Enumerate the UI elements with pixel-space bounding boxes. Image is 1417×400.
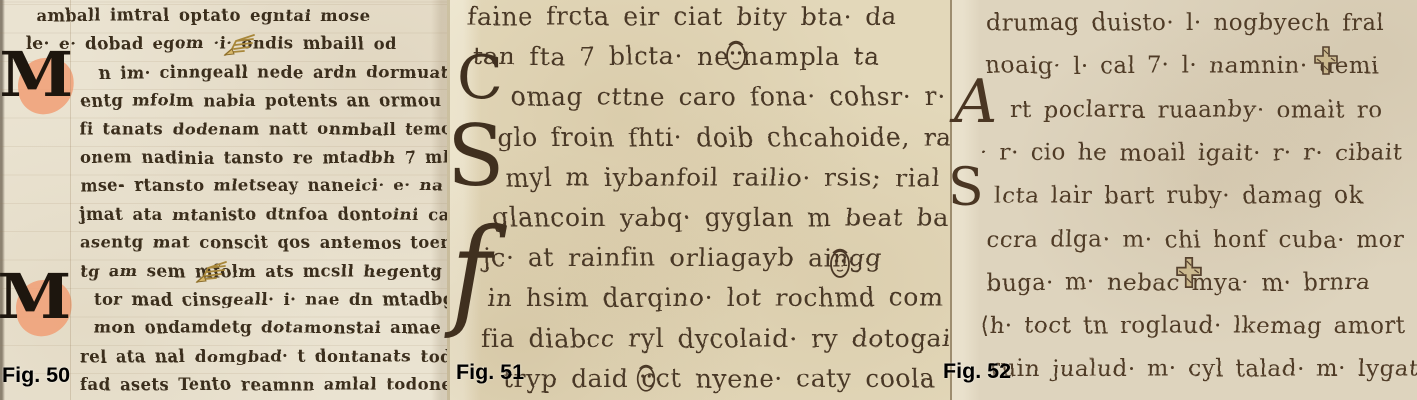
manuscript-line: in hsim darqino· lot rochmd com xyxy=(487,283,944,312)
face-doodle-icon xyxy=(723,36,749,72)
initial-letter: S xyxy=(447,114,505,198)
face-doodle-icon xyxy=(634,360,658,394)
manuscript-line: tor mad cinsgeall· i· nae dn mtadbg dotg xyxy=(94,290,447,309)
manuscript-fragment-fig51: faine frcta eir ciat bity bta· datan fta… xyxy=(447,0,950,400)
manuscript-line: glancoin yabq· gyglan m beat baro xyxy=(493,203,950,232)
manuscript-line: myl m iybanfoil railio· rsis; rial xyxy=(505,163,940,192)
manuscript-line: · r· cio he moail igait· r· r· cibait xyxy=(980,140,1403,166)
manuscript-line: n im· cinngeall nede ardn dormuatead xyxy=(98,63,447,82)
hatched-cross-icon xyxy=(1314,46,1338,76)
manuscript-line: ccra dlga· m· chi honf cuba· mor xyxy=(986,227,1404,253)
manuscript-line: entg mfolm nabia potents an ormou a xyxy=(80,91,447,110)
manuscript-line: ruin jualud· m· cyl talad· m· lygat xyxy=(990,356,1417,382)
manuscript-line: jmat ata mtanisto dtnfoa dontoini cao xyxy=(80,205,447,224)
manuscript-line: amball imtral optato egntai mose xyxy=(36,6,370,25)
figure-caption: Fig. 52 xyxy=(943,359,1011,384)
initial-letter: M xyxy=(0,266,71,328)
manuscript-line: asentg mat conscit qos antemos toen xyxy=(80,233,447,252)
decorated-initial: M xyxy=(2,44,71,106)
face-doodle-icon xyxy=(827,244,853,280)
manuscript-line: tg am sem mfolm ats mcsll hegentg xyxy=(80,262,442,281)
manuscript-line: rel ata nal domgbad· t dontanats todan xyxy=(80,347,447,366)
manuscript-line: fi tanats dodenam natt onmball temo o xyxy=(80,120,447,139)
text-block: drumag duisto· l· nogbyech fralnoaig· l·… xyxy=(950,0,1417,400)
manuscript-line: onem nadinia tansto re mtadbh 7 mlme xyxy=(80,148,447,167)
manuscript-line: mon ondamdetg dotamonstai amae nn xyxy=(94,318,447,337)
initial-letter: S xyxy=(948,162,984,214)
manuscript-line: lcta lair bart ruby· damag ok xyxy=(994,183,1364,209)
manuscript-line: ⟨h· toct tn roglaud· lkemag amort xyxy=(980,313,1406,339)
initial-letter: f xyxy=(451,214,491,333)
manuscript-line: tan fta 7 blcta· ne nampla ta xyxy=(473,42,880,71)
manuscript-line: rt poclarra ruaanby· omait ro xyxy=(1010,97,1382,123)
figure-caption: Fig. 50 xyxy=(2,363,70,388)
figure-caption: Fig. 51 xyxy=(456,360,524,385)
manuscript-plate: amball imtral optato egntai mosele· e· d… xyxy=(0,0,1417,400)
hatched-cross-icon xyxy=(1176,256,1202,290)
manuscript-line: jc· at rainfin orliagayb aingg xyxy=(483,243,882,272)
manuscript-line: le· e· dobad egom ·i· ondis mbaill od xyxy=(26,34,396,53)
manuscript-line: omag cttne caro fona· cohsr· r· ne xyxy=(511,82,950,111)
manuscript-line: faine frcta eir ciat bity bta· da xyxy=(467,2,897,31)
manuscript-line: glo froin fhti· doib chcahoide, rano xyxy=(497,123,950,152)
manuscript-fragment-fig52: drumag duisto· l· nogbyech fralnoaig· l·… xyxy=(950,0,1417,400)
manicule-icon xyxy=(222,31,258,59)
manuscript-line: fia diabcc ryl dycolaid· ry dotogaill xyxy=(481,324,950,353)
manuscript-line: tryp daid cct nyene· caty coola xyxy=(503,364,935,393)
text-block: faine frcta eir ciat bity bta· datan fta… xyxy=(447,0,950,400)
initial-letter: C xyxy=(457,48,503,108)
manuscript-line: drumag duisto· l· nogbyech fral xyxy=(986,10,1384,36)
initial-letter: M xyxy=(0,44,73,106)
manuscript-fragment-fig50: amball imtral optato egntai mosele· e· d… xyxy=(0,0,447,400)
manicule-icon xyxy=(194,258,230,286)
manuscript-line: mse- rtansto mletseay naneici· e· na uai… xyxy=(80,176,447,195)
initial-letter: A xyxy=(954,72,997,132)
decorated-initial: M xyxy=(0,266,69,328)
manuscript-line: fad asets Tento reamnn amlal todonealio xyxy=(80,375,447,394)
